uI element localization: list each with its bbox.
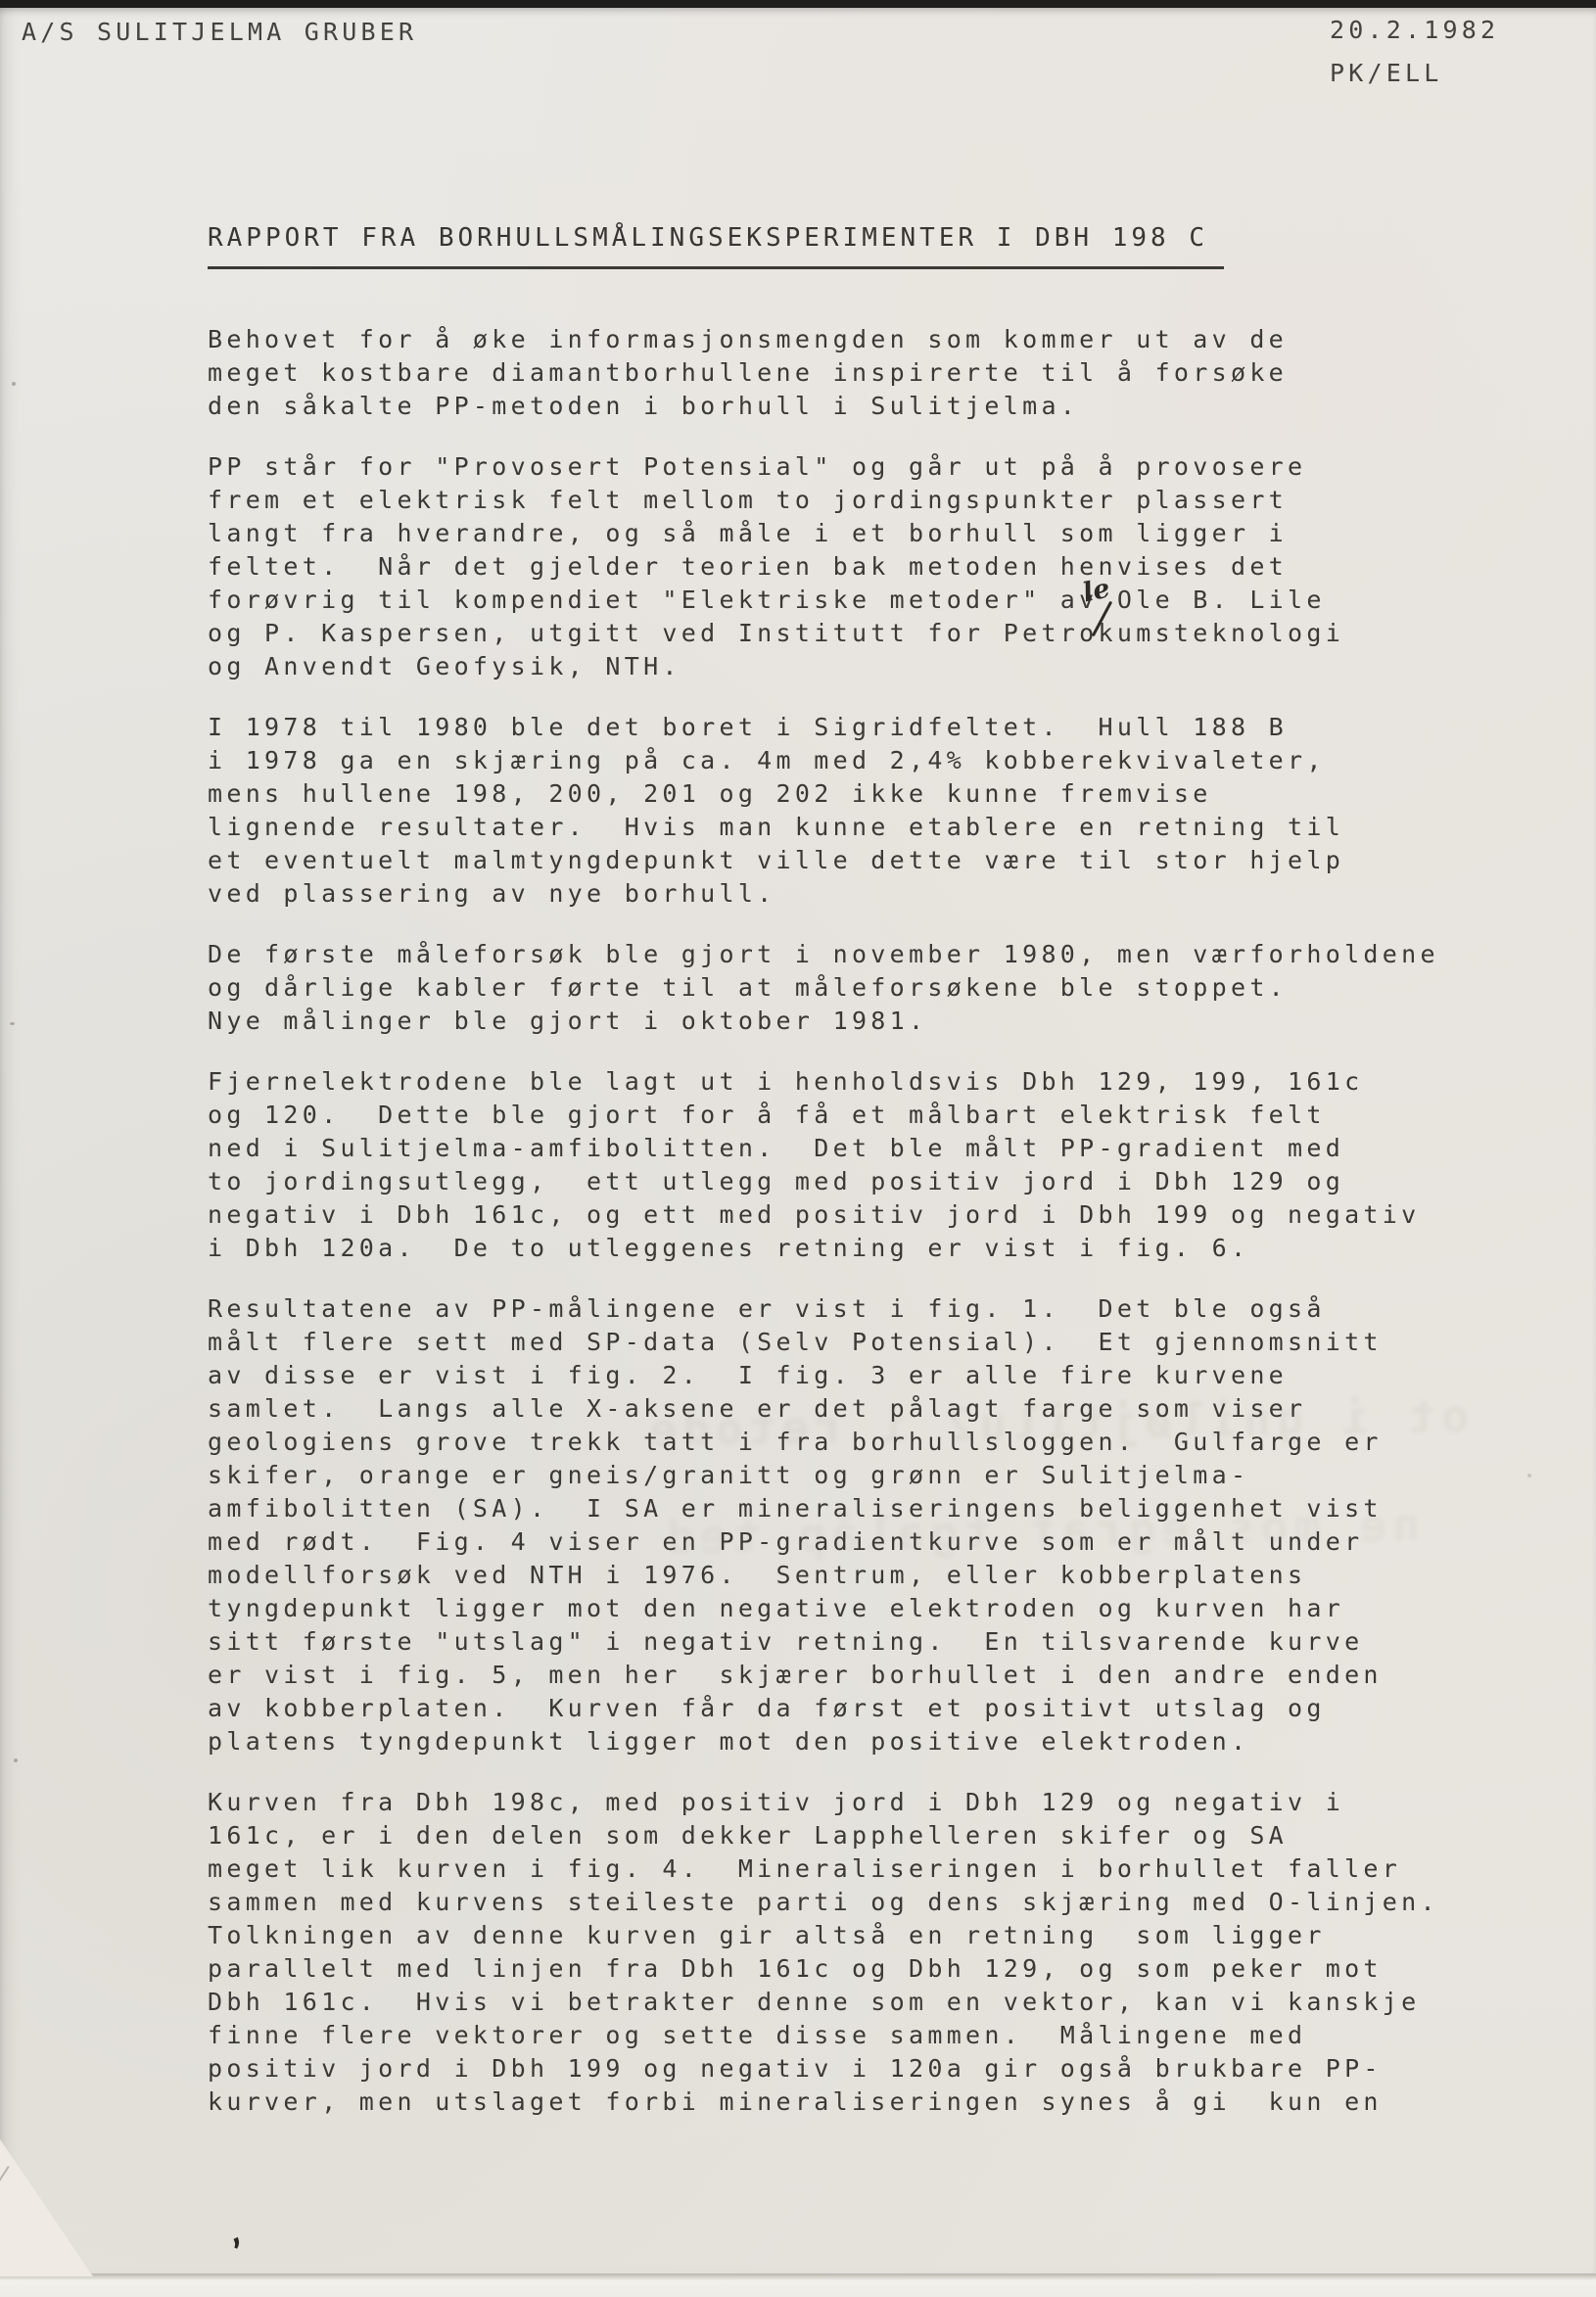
paragraph-drilling-history: I 1978 til 1980 ble det boret i Sigridfe… bbox=[208, 711, 1529, 911]
document-date: 20.2.1982 bbox=[1330, 16, 1499, 44]
report-title: RAPPORT FRA BORHULLSMÅLINGSEKSPERIMENTER… bbox=[208, 223, 1224, 269]
scan-edge-top bbox=[0, 0, 1596, 8]
paragraph-curve-interpretation: Kurven fra Dbh 198c, med positiv jord i … bbox=[208, 1786, 1529, 2119]
paper-speck bbox=[14, 1758, 18, 1762]
paragraph-first-measurements: De første måleforsøk ble gjort i novembe… bbox=[208, 938, 1529, 1038]
paragraph-results-figures: Resultatene av PP-målingene er vist i fi… bbox=[208, 1292, 1529, 1758]
paragraph-intro: Behovet for å øke informasjonsmengden so… bbox=[208, 323, 1529, 423]
report-body: Behovet for å øke informasjonsmengden so… bbox=[208, 323, 1529, 2146]
page-corner-fold bbox=[0, 2139, 93, 2276]
scan-edge-bottom bbox=[0, 2274, 1596, 2297]
paper-speck bbox=[12, 382, 16, 386]
paragraph-pp-method: PP står for "Provosert Potensial" og går… bbox=[208, 450, 1529, 683]
document-ref-initials: PK/ELL bbox=[1330, 59, 1443, 87]
paper-speck bbox=[1527, 1474, 1531, 1477]
company-name: A/S SULITJELMA GRUBER bbox=[22, 18, 417, 46]
paragraph-remote-electrodes: Fjernelektrodene ble lagt ut i henholdsv… bbox=[208, 1065, 1529, 1265]
paper-speck bbox=[10, 1022, 15, 1025]
